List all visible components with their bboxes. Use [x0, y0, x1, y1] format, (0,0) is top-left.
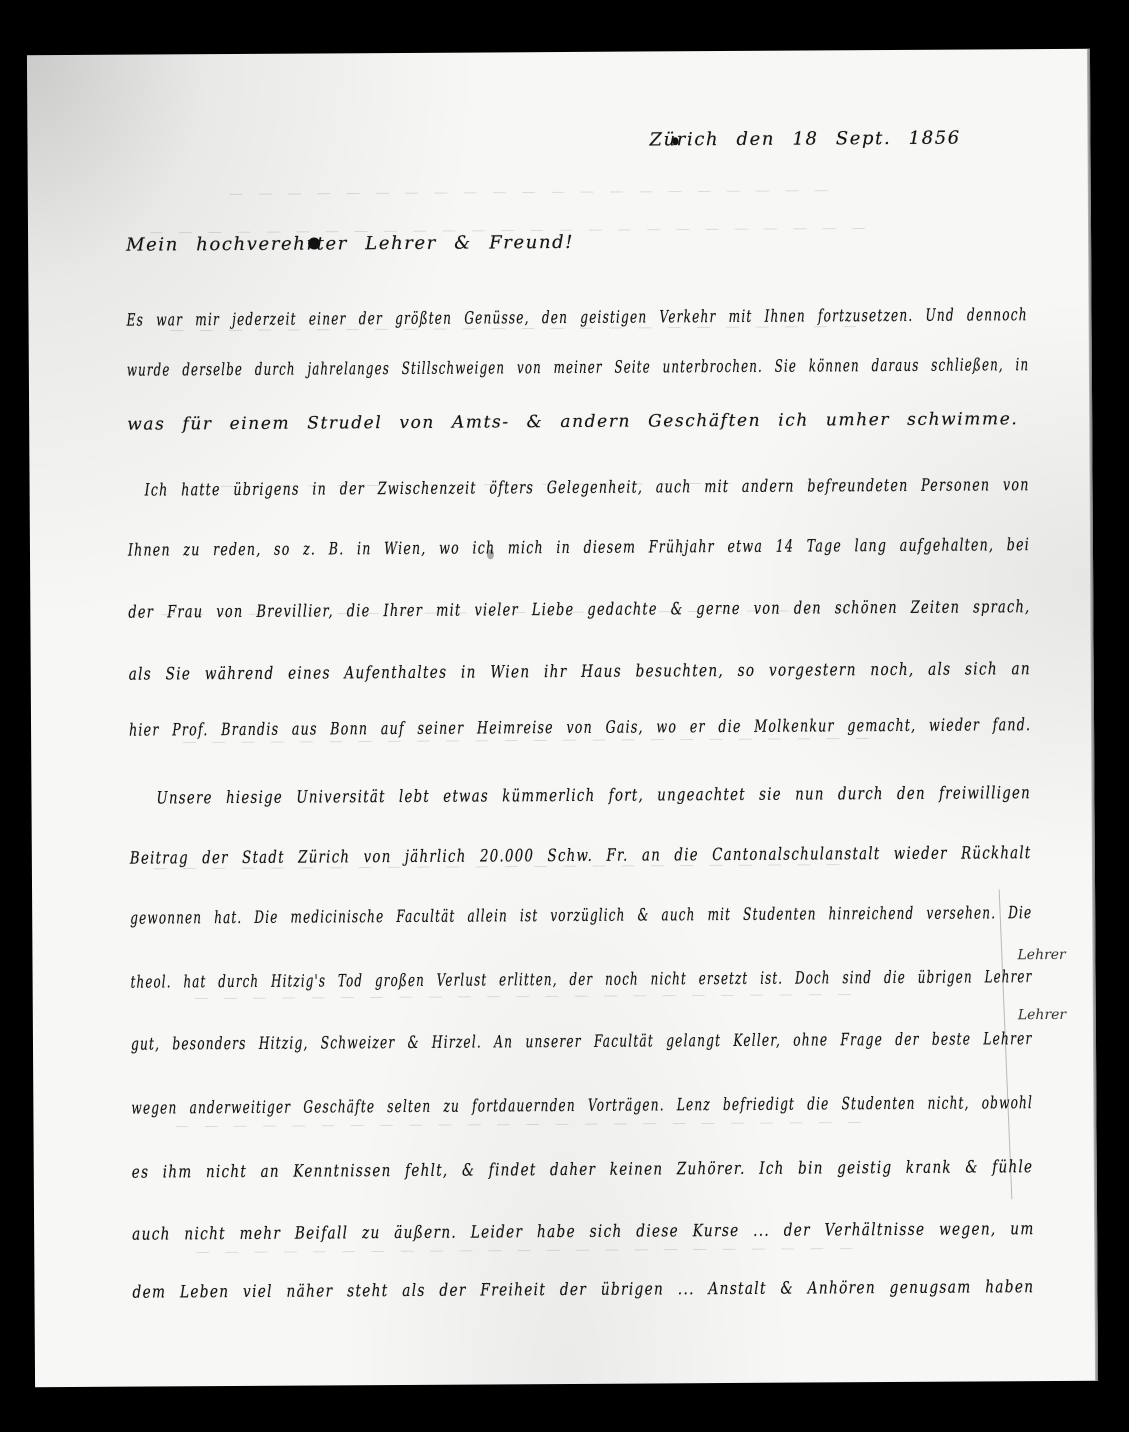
letter-line: theol. hat durch Hitzig's Tod großen Ver… — [131, 967, 1033, 993]
letter-line: auch nicht mehr Beifall zu äußern. Leide… — [132, 1219, 1035, 1245]
letter-line: Unsere hiesige Universität lebt etwas kü… — [156, 783, 1031, 808]
letter-page: — — — — — — — — — — — — — — — — — — — — … — [27, 49, 1098, 1387]
letter-line: Beitrag der Stadt Zürich von jährlich 20… — [130, 843, 1032, 869]
letter-line: Ich hatte übrigens in der Zwischenzeit ö… — [145, 475, 1030, 500]
letter-line: Es war mir jederzeit einer der größten G… — [127, 305, 1028, 331]
ink-blot — [672, 137, 678, 145]
letter-line: dem Leben viel näher steht als der Freih… — [132, 1277, 1034, 1303]
paper-edge — [1087, 49, 1098, 1381]
letter-line: es ihm nicht an Kenntnissen fehlt, & fin… — [132, 1157, 1034, 1183]
letter-line: gewonnen hat. Die medicinische Facultät … — [130, 903, 1032, 929]
letter-line: was für einem Strudel von Amts- & andern… — [127, 409, 1018, 434]
stain — [487, 549, 494, 559]
letter-salutation: Mein hochverehrter Lehrer & Freund! — [126, 232, 574, 256]
letter-line: hier Prof. Brandis aus Bonn auf seiner H… — [129, 715, 1031, 741]
margin-note: Lehrer — [1017, 947, 1065, 963]
letter-line: Ihnen zu reden, so z. B. in Wien, wo ich… — [128, 535, 1030, 561]
letter-line: der Frau von Brevillier, die Ihrer mit v… — [128, 597, 1030, 623]
ink-blot — [308, 237, 320, 249]
letter-date: Zürich den 18 Sept. 1856 — [649, 128, 960, 151]
margin-note: Lehrer — [1018, 1007, 1066, 1023]
letter-line: wegen anderweitiger Geschäfte selten zu … — [131, 1093, 1033, 1119]
letter-line: gut, besonders Hitzig, Schweizer & Hirze… — [131, 1029, 1033, 1055]
letter-line: wurde derselbe durch jahrelanges Stillsc… — [127, 355, 1029, 381]
bleed-through-text: — — — — — — — — — — — — — — — — — — — — … — [228, 182, 828, 202]
letter-line: als Sie während eines Aufenthaltes in Wi… — [129, 659, 1031, 685]
